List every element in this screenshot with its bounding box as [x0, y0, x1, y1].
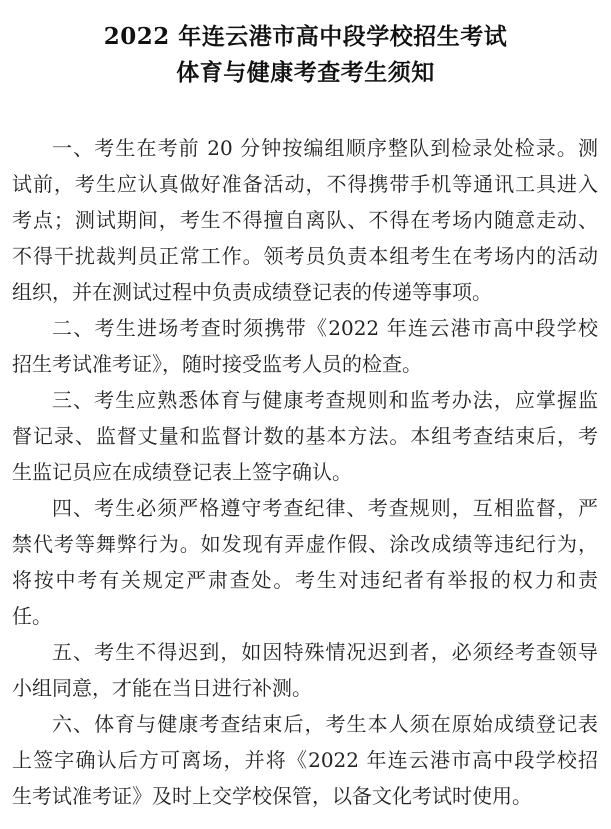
paragraph-line: 督记录、监督丈量和监督计数的基本方法。本组考查结束后，考 [12, 422, 598, 450]
paragraph-line: 生监记员应在成绩登记表上签字确认。 [12, 458, 598, 486]
paragraph-line: 六、体育与健康考查结束后，考生本人须在原始成绩登记表 [52, 710, 598, 738]
paragraph-line: 生考试准考证》及时上交学校保管，以备文化考试时使用。 [12, 782, 598, 810]
paragraph-line: 将按中考有关规定严肃查处。考生对违纪者有举报的权力和责 [12, 566, 598, 594]
paragraph-line: 禁代考等舞弊行为。如发现有弄虚作假、涂改成绩等违纪行为， [12, 530, 598, 558]
paragraph-line: 任。 [12, 602, 598, 630]
paragraph-line: 上签字确认后方可离场，并将《2022 年连云港市高中段学校招 [12, 746, 598, 774]
paragraph-line: 五、考生不得迟到，如因特殊情况迟到者，必须经考查领导 [52, 638, 598, 666]
document-title-line-1: 2022 年连云港市高中段学校招生考试 [0, 22, 611, 52]
paragraph-line: 一、考生在考前 20 分钟按编组顺序整队到检录处检录。测 [52, 134, 598, 162]
paragraph-line: 考点；测试期间，考生不得擅自离队、不得在考场内随意走动、 [12, 206, 598, 234]
paragraph-line: 二、考生进场考查时须携带《2022 年连云港市高中段学校 [52, 314, 598, 342]
document-title-line-2: 体育与健康考查考生须知 [0, 58, 611, 88]
paragraph-line: 组织，并在测试过程中负责成绩登记表的传递等事项。 [12, 278, 598, 306]
paragraph-line: 四、考生必须严格遵守考查纪律、考查规则，互相监督，严 [52, 494, 598, 522]
paragraph-line: 三、考生应熟悉体育与健康考查规则和监考办法，应掌握监 [52, 386, 598, 414]
paragraph-line: 不得干扰裁判员正常工作。领考员负责本组考生在考场内的活动 [12, 242, 598, 270]
paragraph-line: 小组同意，才能在当日进行补测。 [12, 674, 598, 702]
paragraph-line: 试前，考生应认真做好准备活动，不得携带手机等通讯工具进入 [12, 170, 598, 198]
paragraph-line: 招生考试准考证》，随时接受监考人员的检查。 [12, 350, 598, 378]
